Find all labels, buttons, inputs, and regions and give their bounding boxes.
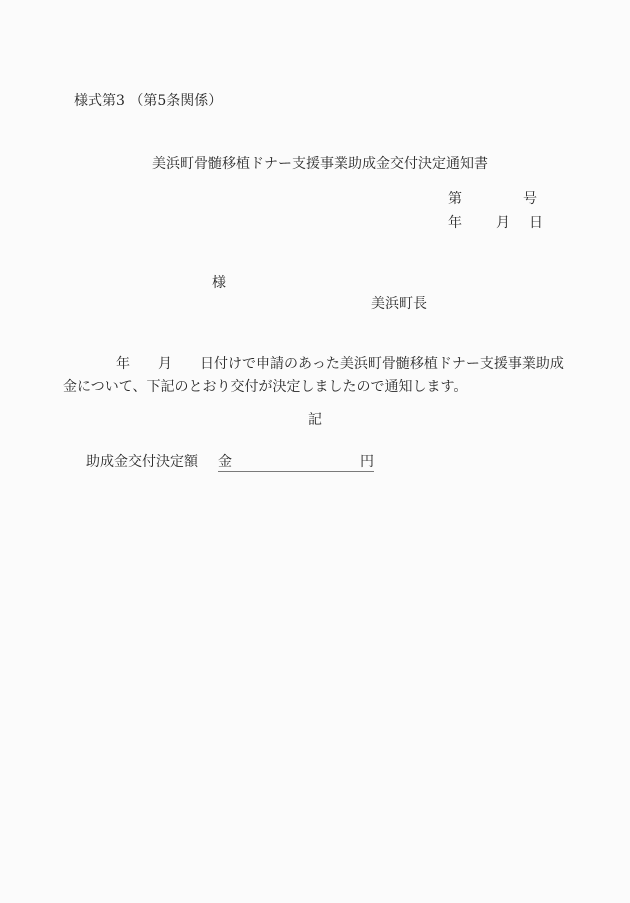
addressee-honorific: 様: [212, 275, 226, 292]
ki-section-heading: 記: [0, 412, 630, 429]
doc-number-suffix: 号: [523, 191, 537, 208]
form-number-label: 様式第3 （第5条関係）: [74, 93, 222, 110]
date-month-label: 月: [496, 215, 510, 232]
sender-title: 美浜町長: [371, 296, 427, 313]
body-paragraph-line-2: 金について、下記のとおり交付が決定しましたので通知します。: [63, 379, 467, 396]
body-paragraph-line-1: 年 月 日付けで申請のあった美浜町骨髄移植ドナー支援事業助成: [116, 356, 564, 373]
document-title: 美浜町骨髄移植ドナー支援事業助成金交付決定通知書: [152, 156, 488, 173]
date-year-label: 年: [448, 215, 462, 232]
grant-amount-underlined-field: 金 円: [218, 454, 374, 472]
date-day-label: 日: [529, 215, 543, 232]
doc-number-prefix: 第: [448, 191, 462, 208]
amount-prefix-yen-kanji: 金: [218, 454, 232, 471]
grant-decision-amount-label: 助成金交付決定額: [86, 454, 198, 471]
notification-document-page: 様式第3 （第5条関係） 美浜町骨髄移植ドナー支援事業助成金交付決定通知書 第 …: [0, 0, 630, 903]
amount-unit-en-kanji: 円: [360, 454, 374, 471]
